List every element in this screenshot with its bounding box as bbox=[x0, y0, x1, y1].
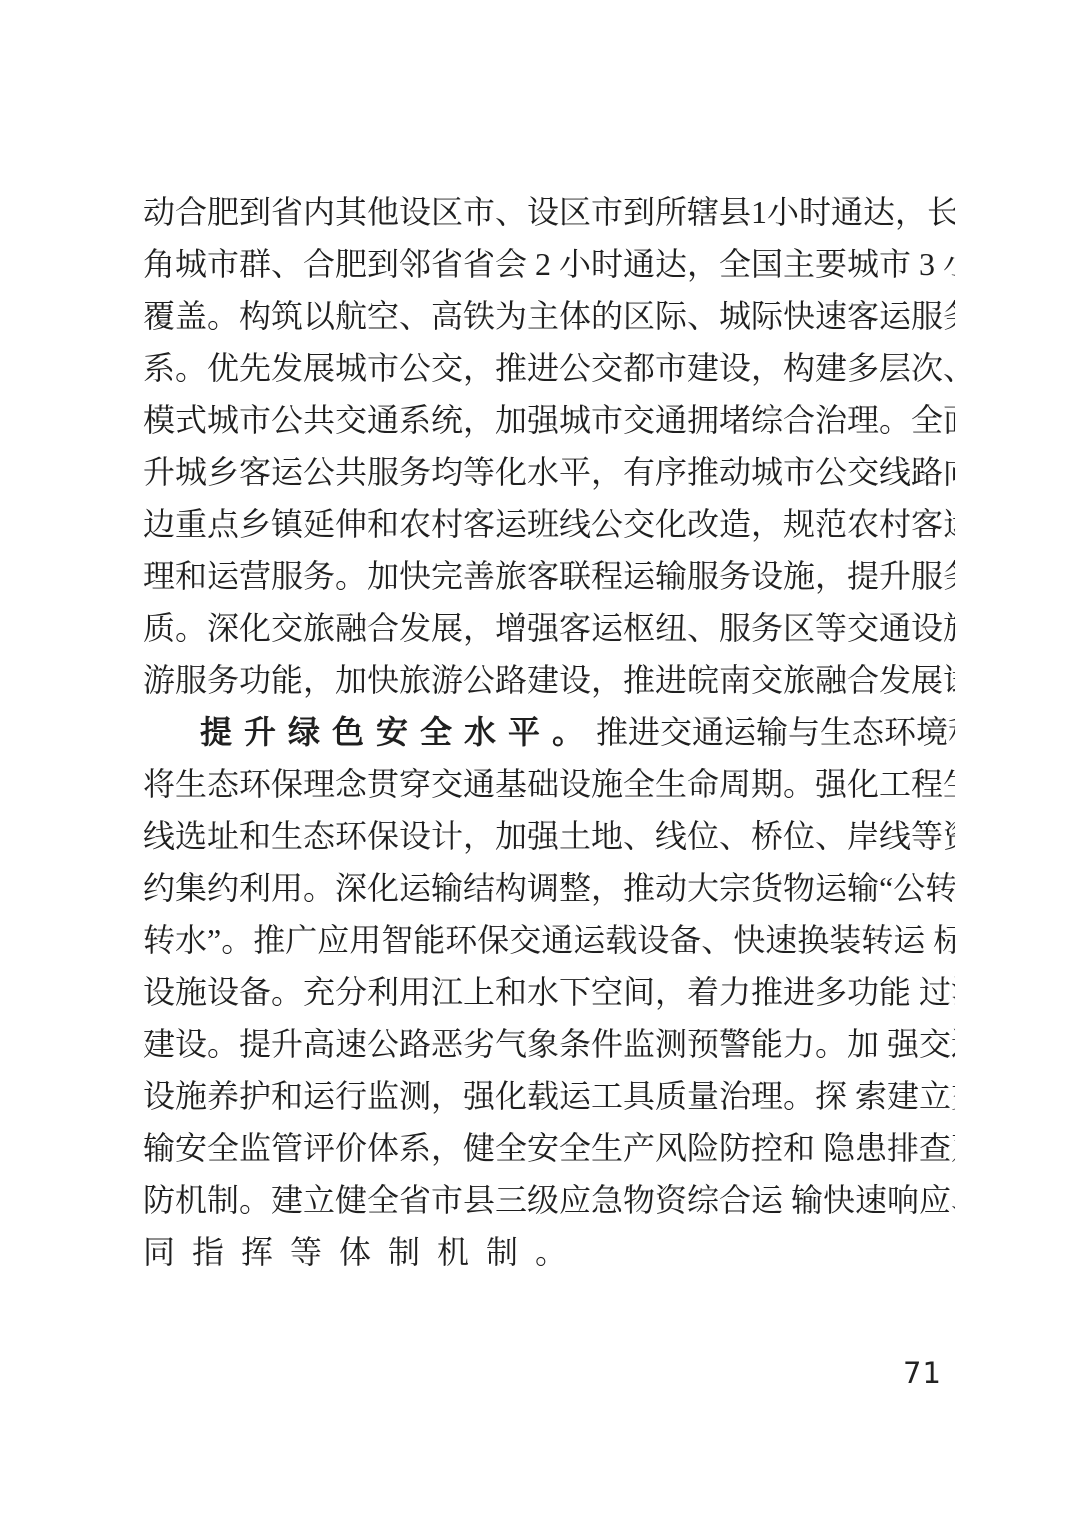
text-line: 升城乡客运公共服务均等化水平，有序推动城市公交线路向周 bbox=[143, 446, 955, 498]
text-line: 设施设备。充分利用江上和水下空间，着力推进多功能 过江通道 bbox=[143, 966, 955, 1018]
text-line: 同指挥等体制机制。 bbox=[143, 1226, 955, 1278]
paragraph: 动合肥到省内其他设区市、设区市到所辖县1小时通达，长三角城市群、合肥到邻省省会 … bbox=[143, 186, 955, 706]
text-line: 将生态环保理念贯穿交通基础设施全生命周期。强化工程生态 选 bbox=[143, 758, 955, 810]
text-line: 动合肥到省内其他设区市、设区市到所辖县1小时通达，长三 bbox=[143, 186, 955, 238]
text-line: 质。深化交旅融合发展，增强客运枢纽、服务区等交通设施旅 bbox=[143, 602, 955, 654]
text-line: 防机制。建立健全省市县三级应急物资综合运 输快速响应、协 bbox=[143, 1174, 955, 1226]
text-line: 游服务功能，加快旅游公路建设，推进皖南交旅融合发展试点。 bbox=[143, 654, 955, 706]
text-line: 约集约利用。深化运输结构调整，推动大宗货物运输“公转 铁”“公 bbox=[143, 862, 955, 914]
text-line: 覆盖。构筑以航空、高铁为主体的区际、城际快速客运服务体 bbox=[143, 290, 955, 342]
text-line: 输安全监管评价体系，健全安全生产风险防控和 隐患排查双重预 bbox=[143, 1122, 955, 1174]
body-text: 动合肥到省内其他设区市、设区市到所辖县1小时通达，长三角城市群、合肥到邻省省会 … bbox=[143, 186, 955, 1278]
text-line: 理和运营服务。加快完善旅客联程运输服务设施，提升服务品 bbox=[143, 550, 955, 602]
text-line: 设施养护和运行监测，强化载运工具质量治理。探 索建立交通运 bbox=[143, 1070, 955, 1122]
paragraph-lead-bold: 提升绿色安全水平。 bbox=[200, 714, 596, 750]
paragraph: 提升绿色安全水平。推进交通运输与生态环境和谐发展，将生态环保理念贯穿交通基础设施… bbox=[143, 706, 955, 1278]
text-line: 边重点乡镇延伸和农村客运班线公交化改造，规范农村客运管 bbox=[143, 498, 955, 550]
text-line: 提升绿色安全水平。推进交通运输与生态环境和谐发展， bbox=[143, 706, 955, 758]
page-number: 71 bbox=[903, 1356, 963, 1390]
text-line: 线选址和生态环保设计，加强土地、线位、桥位、岸线等资 源节 bbox=[143, 810, 955, 862]
text-line: 角城市群、合肥到邻省省会 2 小时通达，全国主要城市 3 小时 bbox=[143, 238, 955, 290]
text-line: 转水”。推广应用智能环保交通运载设备、快速换装转运 标准化 bbox=[143, 914, 955, 966]
paragraph-lead-rest: 推进交通运输与生态环境和谐发展， bbox=[596, 714, 955, 750]
text-line: 系。优先发展城市公交，推进公交都市建设，构建多层次、多 bbox=[143, 342, 955, 394]
text-line: 建设。提升高速公路恶劣气象条件监测预警能力。加 强交通基础 bbox=[143, 1018, 955, 1070]
text-line: 模式城市公共交通系统，加强城市交通拥堵综合治理。全面提 bbox=[143, 394, 955, 446]
document-page: 动合肥到省内其他设区市、设区市到所辖县1小时通达，长三角城市群、合肥到邻省省会 … bbox=[0, 0, 1080, 1527]
